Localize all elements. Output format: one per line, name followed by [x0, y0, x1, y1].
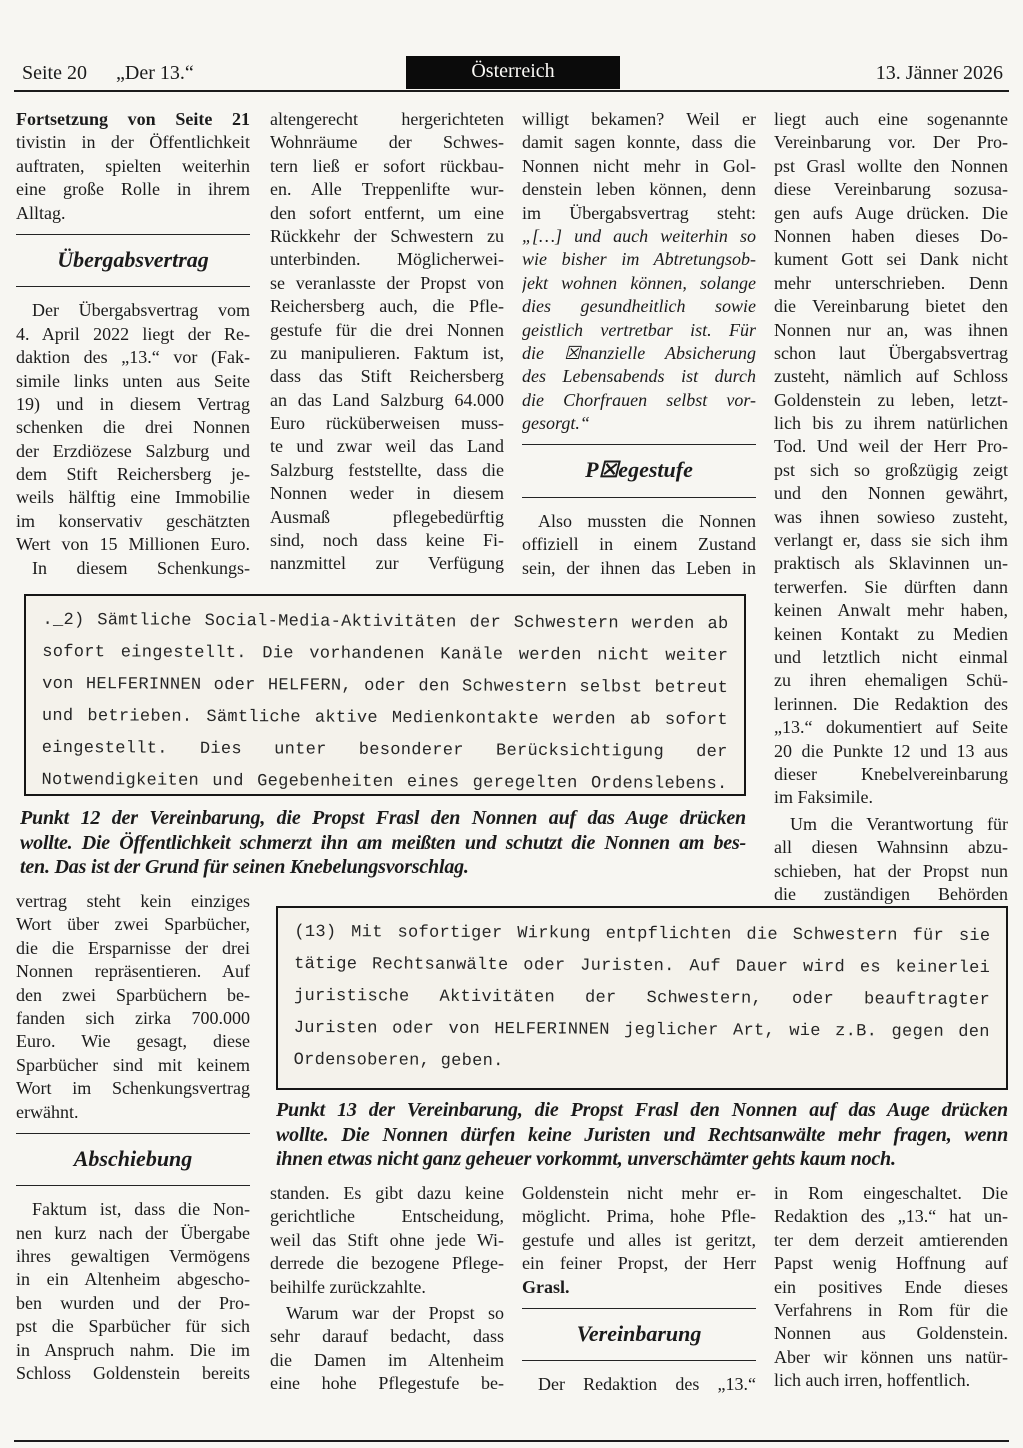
column-1-top: Fortsetzung von Seite 21tivistin in der …: [16, 108, 250, 583]
section-heading: P☒egestufe: [522, 444, 756, 497]
text-line: juristische Aktivitäten der Schwestern, …: [294, 981, 990, 1017]
text-line: Rückkehr der Schwestern zu: [270, 225, 504, 248]
text-line: Ordensoberen, geben.: [294, 1045, 990, 1081]
text-line: Alltag.: [16, 202, 250, 225]
heading-text: Abschiebung: [16, 1134, 250, 1185]
text-line: unterbinden. Möglicherwei-: [270, 248, 504, 271]
text-line: vertrag steht kein einziges: [16, 890, 250, 913]
text-line: Der Redaktion des „13.“: [522, 1373, 756, 1396]
paragraph: Punkt 13 der Vereinbarung, die Propst Fr…: [276, 1098, 1008, 1172]
text-line: damit sagen konnte, dass die: [522, 131, 756, 154]
text-line: den zwei Sparbüchern be-: [16, 984, 250, 1007]
text-line: Redaktion des „13.“ hat un-: [774, 1205, 1008, 1228]
paper-title: „Der 13.“: [116, 62, 194, 85]
text-line: Wort im Schenkungsvertrag: [16, 1077, 250, 1100]
text-line: ._2) Sämtliche Social-Media-Aktivitäten …: [42, 605, 728, 641]
text-line: en. Alle Treppenlifte wur-: [270, 178, 504, 201]
text-line: daktion des „13.“ vor (Fak-: [16, 346, 250, 369]
text-line: Schloss Goldenstein bereits: [16, 1362, 250, 1385]
text-line: nen kurz nach der Übergabe: [16, 1222, 250, 1245]
facsimile-point-12: ._2) Sämtliche Social-Media-Aktivitäten …: [24, 594, 746, 796]
text-line: keinen Kontakt zu Medien: [774, 623, 1008, 646]
text-line: Sparbücher sind mit keinem: [16, 1054, 250, 1077]
text-line: ihnen etwas nicht ganz geheuer vorkommt,…: [276, 1147, 1008, 1172]
text-line: altengerecht hergerichteten: [270, 108, 504, 131]
text-line: ten. Das ist der Grund für seinen Knebel…: [20, 855, 746, 880]
text-line: zu manipulieren. Faktum ist,: [270, 342, 504, 365]
text-line: an das Land Salzburg 64.000: [270, 389, 504, 412]
paragraph: (13) Mit sofortiger Wirkung entpflichten…: [294, 917, 991, 1081]
text-line: und betrieben. Sämtliche aktive Medienko…: [42, 701, 728, 737]
text-line: all diesen Wahnsinn abzu-: [774, 836, 1008, 859]
text-line: ein feiner Propst, der Herr: [522, 1252, 756, 1275]
text-line: Um die Verantwortung für: [774, 813, 1008, 836]
text-line: die Vereinbarung bietet den: [774, 295, 1008, 318]
text-line: Nonnen nur an, was ihnen: [774, 319, 1008, 342]
text-line: im Übergabsvertrag steht:: [522, 202, 756, 225]
text-line: geistlich vertretbar ist. Für: [522, 319, 756, 342]
text-line: lerinnen. Die Redaktion des: [774, 693, 1008, 716]
issue-date: 13. Jänner 2026: [876, 62, 1003, 85]
heading-rule: [522, 1360, 756, 1361]
text-line: lich auch irren, hoffentlich.: [774, 1369, 1008, 1392]
facsimile-point-13: (13) Mit sofortiger Wirkung entpflichten…: [276, 906, 1008, 1090]
text-line: was ihnen sowieso zusteht,: [774, 506, 1008, 529]
section-heading: Übergabsvertrag: [16, 234, 250, 287]
text-line: Vereinbarung vor. Der Pro-: [774, 131, 1008, 154]
text-line: die die Ersparnisse der drei: [16, 937, 250, 960]
text-line: tätige Rechtsanwälte oder Juristen. Auf …: [294, 949, 990, 985]
paragraph: Um die Verantwortung fürall diesen Wahns…: [774, 813, 1008, 907]
paragraph: Fortsetzung von Seite 21tivistin in der …: [16, 108, 250, 225]
text-line: Salzburg feststellte, dass die: [270, 459, 504, 482]
heading-rule: [522, 497, 756, 498]
text-line: pst die Sparbücher für sich: [16, 1315, 250, 1338]
text-line: weil das Stift ohne jede Wi-: [270, 1229, 504, 1252]
text-line: eine hohe Pflegestufe be-: [270, 1372, 504, 1395]
text-line: Euro. Wie gesagt, diese: [16, 1030, 250, 1053]
text-line: Nonnen nicht mehr in Gol-: [522, 155, 756, 178]
text-line: erwähnt.: [16, 1101, 250, 1124]
text-line: Nonnen haben dieses Do-: [774, 225, 1008, 248]
text-line: Tod. Und weil der Herr Pro-: [774, 435, 1008, 458]
text-line: „13.“ dokumentiert auf Seite: [774, 716, 1008, 739]
text-line: gen aufs Auge drücken. Die: [774, 202, 1008, 225]
heading-text: Übergabsvertrag: [16, 235, 250, 286]
section-heading: Abschiebung: [16, 1133, 250, 1186]
text-line: ein positives Ende dieses: [774, 1276, 1008, 1299]
page-header: Seite 20 „Der 13.“ Österreich 13. Jänner…: [14, 58, 1009, 92]
text-line: Punkt 13 der Vereinbarung, die Propst Fr…: [276, 1098, 1008, 1123]
text-line: eingestellt. Dies unter besonderer Berüc…: [42, 733, 728, 769]
heading-text: P☒egestufe: [522, 445, 756, 496]
text-line: Wohnräume der Schwes-: [270, 131, 504, 154]
text-line: denstein leben können, denn: [522, 178, 756, 201]
text-line: 20 die Punkte 12 und 13 aus: [774, 740, 1008, 763]
text-line: schon laut Übergabsvertrag: [774, 342, 1008, 365]
column-2-bottom: standen. Es gibt dazu keinegerichtliche …: [270, 1182, 504, 1399]
text-line: möglicht. Prima, hohe Pfle-: [522, 1205, 756, 1228]
text-line: Verfahrens in Rom für die: [774, 1299, 1008, 1322]
text-line: den sofort entfernt, um eine: [270, 202, 504, 225]
heading-text: Vereinbarung: [522, 1309, 756, 1360]
paragraph: standen. Es gibt dazu keinegerichtliche …: [270, 1182, 504, 1299]
text-line: in Rom eingeschaltet. Die: [774, 1182, 1008, 1205]
text-line: Nonnen aus Goldenstein.: [774, 1322, 1008, 1345]
section-banner: Österreich: [406, 56, 620, 89]
caption-point-13: Punkt 13 der Vereinbarung, die Propst Fr…: [276, 1098, 1008, 1175]
text-line: wie bisher im Abtretungsob-: [522, 248, 756, 271]
paragraph: ._2) Sämtliche Social-Media-Aktivitäten …: [41, 605, 728, 801]
text-line: kument Gott sei Dank nicht: [774, 248, 1008, 271]
paragraph: willigt bekamen? Weil erdamit sagen konn…: [522, 108, 756, 435]
text-line: schenken die drei Nonnen: [16, 416, 250, 439]
text-line: pst sich so großzügig zeigt: [774, 459, 1008, 482]
text-line: 4. April 2022 liegt der Re-: [16, 323, 250, 346]
text-line: Aber wir können uns natür-: [774, 1346, 1008, 1369]
column-2-top: altengerecht hergerichtetenWohnräume der…: [270, 108, 504, 579]
text-line: Goldenstein nicht mehr er-: [522, 1182, 756, 1205]
text-line: und den Nonnen gewährt,: [774, 482, 1008, 505]
paragraph: Der Redaktion des „13.“: [522, 1373, 756, 1396]
text-line: keinen Anwalt mehr haben,: [774, 599, 1008, 622]
column-1-lower: vertrag steht kein einzigesWort über zwe…: [16, 890, 250, 1388]
text-line: tivistin in der Öffentlichkeit: [16, 131, 250, 154]
text-line: die ☒nanzielle Absicherung: [522, 342, 756, 365]
text-line: eine große Rolle in ihrem: [16, 178, 250, 201]
column-4-bottom: in Rom eingeschaltet. DieRedaktion des „…: [774, 1182, 1008, 1396]
text-line: ihres gewaltigen Vermögens: [16, 1245, 250, 1268]
text-line: Nonnen weder in diesem: [270, 482, 504, 505]
text-line: dass das Stift Reichersberg: [270, 365, 504, 388]
text-line: terwerfen. Sie dürften dann: [774, 576, 1008, 599]
section-heading: Vereinbarung: [522, 1308, 756, 1361]
text-line: Notwendigkeiten und Gegebenheiten eines …: [41, 765, 727, 801]
text-line: dieser Knebelvereinbarung: [774, 763, 1008, 786]
text-line: Reichersberg auch, die Pfle-: [270, 295, 504, 318]
text-line: Punkt 12 der Vereinbarung, die Propst Fr…: [20, 806, 746, 831]
paragraph: Also mussten die Nonnenoffiziell in eine…: [522, 510, 756, 580]
text-line: lich bis zu ihrem natürlichen: [774, 412, 1008, 435]
text-line: In diesem Schenkungs-: [16, 557, 250, 580]
bottom-rule: [14, 1440, 1009, 1442]
paragraph: in Rom eingeschaltet. DieRedaktion des „…: [774, 1182, 1008, 1393]
text-line: in ein Altenheim abgescho-: [16, 1268, 250, 1291]
text-line: beihilfe zurückzahlte.: [270, 1276, 504, 1299]
text-line: von HELFERINNEN oder HELFERN, oder den S…: [42, 669, 728, 705]
text-line: simile links unten aus Seite: [16, 370, 250, 393]
column-3-bottom: Goldenstein nicht mehr er-möglicht. Prim…: [522, 1182, 756, 1400]
text-line: standen. Es gibt dazu keine: [270, 1182, 504, 1205]
text-line: sein, der ihnen das Leben in: [522, 557, 756, 580]
text-line: offiziell in einem Zustand: [522, 533, 756, 556]
text-line: sofort eingestellt. Die vorhandenen Kanä…: [42, 637, 728, 673]
text-line: diese Vereinbarung sozusa-: [774, 178, 1008, 201]
paragraph: Goldenstein nicht mehr er-möglicht. Prim…: [522, 1182, 756, 1299]
text-line: Fortsetzung von Seite 21: [16, 108, 250, 131]
text-line: tern ließ er sofort rückbau-: [270, 155, 504, 178]
text-line: dem Stift Reichersberg je-: [16, 463, 250, 486]
text-line: jekt wohnen können, solange: [522, 272, 756, 295]
text-line: willigt bekamen? Weil er: [522, 108, 756, 131]
text-line: schieben, hat der Propst nun: [774, 860, 1008, 883]
text-line: Goldenstein zu leben, letzt-: [774, 389, 1008, 412]
column-3-top: willigt bekamen? Weil erdamit sagen konn…: [522, 108, 756, 583]
text-line: die Damen im Altenheim: [270, 1349, 504, 1372]
text-line: Warum war der Propst so: [270, 1302, 504, 1325]
text-line: nanzmittel zur Verfügung: [270, 552, 504, 575]
text-line: der Erzdiözese Salzburg und: [16, 440, 250, 463]
text-line: wollte. Die Nonnen dürfen keine Juristen…: [276, 1123, 1008, 1148]
text-line: sind, noch dass keine Fi-: [270, 529, 504, 552]
text-line: ben wurden und der Pro-: [16, 1292, 250, 1315]
text-line: auftraten, spielten weiterhin: [16, 155, 250, 178]
text-line: praktisch als Sklavinnen un-: [774, 552, 1008, 575]
paragraph: Punkt 12 der Vereinbarung, die Propst Fr…: [20, 806, 746, 880]
text-line: die Chorfrauen selbst vor-: [522, 389, 756, 412]
text-line: zusteht, nämlich auf Schloss: [774, 365, 1008, 388]
text-line: des Lebensabends ist durch: [522, 365, 756, 388]
text-line: Wort über zwei Sparbücher,: [16, 913, 250, 936]
text-line: Ausmaß pflegebedürftig: [270, 506, 504, 529]
text-line: Juristen oder von HELFERINNEN jeglicher …: [294, 1013, 990, 1049]
text-line: Wert von 15 Millionen Euro.: [16, 533, 250, 556]
text-line: und letztlich nicht einmal: [774, 646, 1008, 669]
text-line: mehr unterschrieben. Denn: [774, 272, 1008, 295]
text-line: gesorgt.“: [522, 412, 756, 435]
text-line: ter dem derzeit amtierenden: [774, 1229, 1008, 1252]
text-line: gerichtliche Entscheidung,: [270, 1205, 504, 1228]
paragraph: vertrag steht kein einzigesWort über zwe…: [16, 890, 250, 1124]
text-line: Grasl.: [522, 1276, 756, 1299]
text-line: fanden sich zirka 700.000: [16, 1007, 250, 1030]
paragraph: altengerecht hergerichtetenWohnräume der…: [270, 108, 504, 576]
text-line: weils hälftig eine Immobilie: [16, 486, 250, 509]
text-line: „[…] und auch weiterhin so: [522, 225, 756, 248]
text-line: in Anspruch nahm. Die im: [16, 1339, 250, 1362]
text-line: wollte. Die Öffentlichkeit schmerzt ihn …: [20, 831, 746, 856]
text-line: dies gesundheitlich sowie: [522, 295, 756, 318]
text-line: verlangt er, dass sie sich ihm: [774, 529, 1008, 552]
text-line: pst Grasl wollte den Nonnen: [774, 155, 1008, 178]
heading-rule: [16, 1185, 250, 1186]
text-line: gestufe und alles ist geritzt,: [522, 1229, 756, 1252]
text-line: Der Übergabsvertrag vom: [16, 299, 250, 322]
text-line: Euro rücküberweisen muss-: [270, 412, 504, 435]
text-line: Also mussten die Nonnen: [522, 510, 756, 533]
text-line: te und zwar weil das Land: [270, 435, 504, 458]
text-line: Papst wenig Hoffnung auf: [774, 1252, 1008, 1275]
text-line: 19) und in diesem Vertrag: [16, 393, 250, 416]
text-line: se veranlasste der Propst von: [270, 272, 504, 295]
paragraph: Faktum ist, dass die Non-nen kurz nach d…: [16, 1198, 250, 1385]
text-line: gestufe für die drei Nonnen: [270, 319, 504, 342]
page-number: Seite 20: [22, 62, 87, 85]
column-4: liegt auch eine sogenannteVereinbarung v…: [774, 108, 1008, 909]
heading-rule: [16, 286, 250, 287]
text-line: im konservativ geschätzten: [16, 510, 250, 533]
text-line: derrede die bezogene Pflege-: [270, 1252, 504, 1275]
text-line: liegt auch eine sogenannte: [774, 108, 1008, 131]
paragraph: Warum war der Propst sosehr darauf bedac…: [270, 1302, 504, 1396]
text-line: sehr darauf bedacht, dass: [270, 1325, 504, 1348]
text-line: die zuständigen Behörden: [774, 883, 1008, 906]
text-line: Faktum ist, dass die Non-: [16, 1198, 250, 1221]
text-line: Nonnen repräsentieren. Auf: [16, 960, 250, 983]
caption-point-12: Punkt 12 der Vereinbarung, die Propst Fr…: [20, 806, 746, 883]
text-line: (13) Mit sofortiger Wirkung entpflichten…: [294, 917, 990, 953]
paragraph: liegt auch eine sogenannteVereinbarung v…: [774, 108, 1008, 810]
text-line: zu ihren ehemaligen Schü-: [774, 669, 1008, 692]
paragraph: Der Übergabsvertrag vom4. April 2022 lie…: [16, 299, 250, 580]
text-line: im Faksimile.: [774, 786, 1008, 809]
